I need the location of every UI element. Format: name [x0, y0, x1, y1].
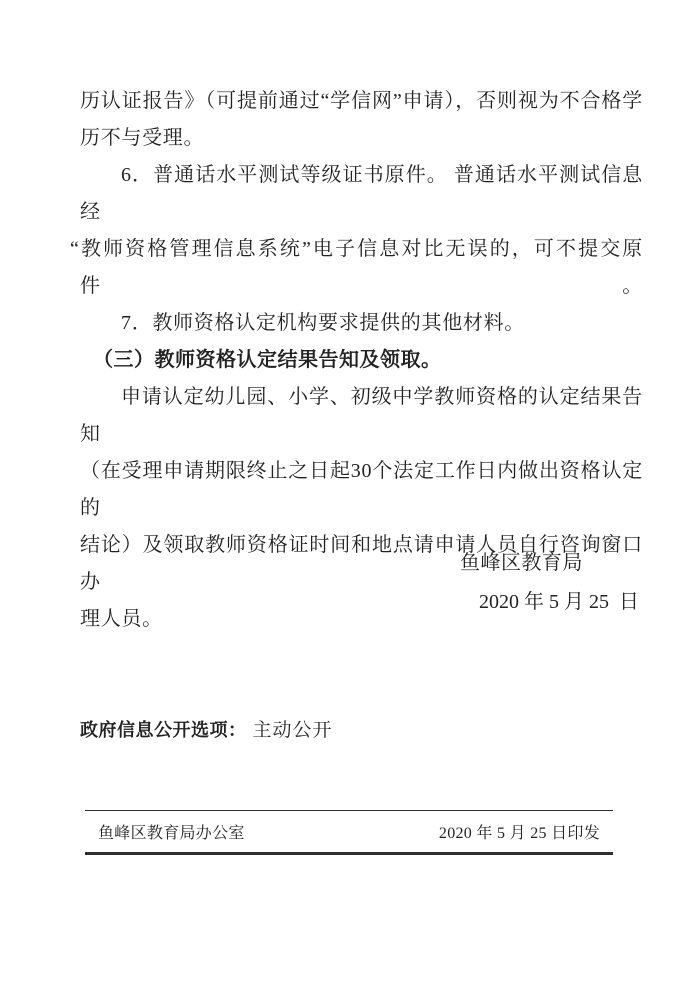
issuing-office: 鱼峰区教育局办公室	[98, 820, 245, 843]
document-page: 历认证报告》（可提前通过“学信网”申请），否则视为不合格学 历不与受理。 6．普…	[0, 0, 700, 989]
body-line: 6．普通话水平测试等级证书原件。 普通话水平测试信息经	[80, 157, 643, 231]
disclosure-label: 政府信息公开选项：	[80, 720, 247, 740]
signature-organization: 鱼峰区教育局	[80, 544, 643, 583]
body-line: “教师资格管理信息系统”电子信息对比无误的，可不提交原件。	[80, 231, 643, 305]
print-date: 2020 年 5 月 25 日印发	[439, 820, 600, 843]
body-line: 历不与受理。	[80, 120, 643, 157]
signature-date: 2020 年 5 月 25 日	[80, 583, 643, 622]
colophon-row: 鱼峰区教育局办公室 2020 年 5 月 25 日印发	[85, 811, 613, 852]
body-line: 申请认定幼儿园、小学、初级中学教师资格的认定结果告知	[80, 379, 643, 453]
signature-block: 鱼峰区教育局 2020 年 5 月 25 日	[80, 544, 643, 622]
body-line: （在受理申请期限终止之日起30个法定工作日内做出资格认定的	[80, 453, 643, 527]
disclosure-value: 主动公开	[253, 720, 333, 741]
body-line: 7．教师资格认定机构要求提供的其他材料。	[80, 305, 643, 342]
section-heading: （三）教师资格认定结果告知及领取。	[80, 342, 643, 379]
disclosure-line: 政府信息公开选项：主动公开	[80, 712, 333, 749]
body-line: 历认证报告》（可提前通过“学信网”申请），否则视为不合格学	[80, 83, 643, 120]
colophon-footer: 鱼峰区教育局办公室 2020 年 5 月 25 日印发	[85, 810, 613, 855]
